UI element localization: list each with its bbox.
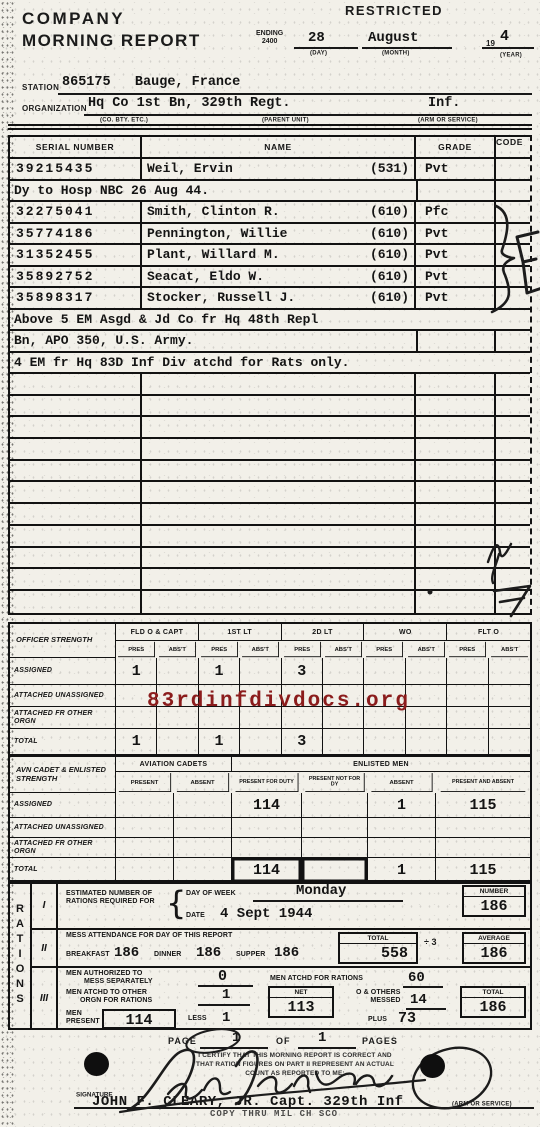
cell-value: 115 — [436, 793, 530, 818]
cell-value: 3 — [282, 729, 323, 754]
group-fld-o-capt: FLD O & CAPT — [116, 624, 199, 641]
report-year: 4 — [500, 28, 509, 45]
punch-hole-right — [420, 1054, 445, 1078]
station-underline — [58, 93, 532, 95]
day-underline — [294, 47, 358, 49]
cell-value — [302, 793, 368, 818]
cell-value — [174, 858, 232, 882]
cell-value — [323, 729, 364, 754]
report-month: August — [368, 30, 418, 46]
cell-value: 3 — [282, 658, 323, 685]
cell-value — [302, 818, 368, 838]
men-present-label: MEN PRESENT — [66, 1010, 100, 1027]
supper-value: 186 — [274, 945, 299, 961]
scan-edge-noise — [0, 0, 14, 1127]
station-value: 865175 Bauge, France — [62, 75, 240, 90]
roster-header-row: SERIAL NUMBER NAME GRADE CODE — [10, 137, 530, 159]
table-row-note: Bn, APO 350, U.S. Army. — [10, 331, 530, 353]
average-value: 186 — [464, 944, 524, 962]
row-label-total: TOTAL — [10, 729, 116, 754]
atchd-other-underline — [198, 1004, 250, 1006]
col-present-not-for-dy: PRESENT NOT FOR DY — [305, 773, 364, 792]
number-label: NUMBER — [464, 887, 524, 897]
rations-total-box: TOTAL 186 — [460, 986, 526, 1018]
group-1st-lt: 1ST LT — [199, 624, 282, 641]
page-number: 1 — [232, 1030, 240, 1046]
cell-value — [447, 658, 488, 685]
group-flt-o: FLT O — [447, 624, 530, 641]
classification-banner: RESTRICTED — [345, 3, 443, 18]
morning-report-document: RESTRICTED COMPANY MORNING REPORT ENDING… — [0, 0, 540, 1127]
row-label-attached-unassigned: ATTACHED UNASSIGNED — [10, 818, 116, 838]
col-name: NAME — [142, 137, 416, 157]
mess-separately-label: MEN AUTHORIZED TO MESS SEPARATELY — [66, 970, 153, 987]
row-label-attached-fr-other: ATTACHED FR OTHER ORGN — [10, 707, 116, 729]
breakfast-value: 186 — [114, 945, 139, 961]
enlisted-strength-table: AVN CADET & ENLISTED STRENGTH AVIATION C… — [8, 755, 532, 884]
cell-value — [116, 838, 174, 858]
certification-line3: COUNT AS REPORTED TO ME: — [157, 1070, 433, 1076]
divider-rule-bottom — [8, 128, 532, 130]
net-label: NET — [270, 988, 332, 998]
cell-value: 1 — [199, 729, 240, 754]
estimated-rations-label: ESTIMATED NUMBER OF RATIONS REQUIRED FOR — [66, 890, 155, 907]
organization-value: Hq Co 1st Bn, 329th Regt. — [88, 96, 291, 111]
cell-value — [174, 838, 232, 858]
table-row-empty — [10, 374, 530, 396]
men-present-box: 114 — [102, 1009, 176, 1029]
officer-strength-corner-label: OFFICER STRENGTH — [10, 624, 116, 658]
cell-value — [447, 729, 488, 754]
signature-stroke — [258, 1077, 292, 1093]
atchd-other-orgn-value: 1 — [222, 987, 230, 1003]
certification-line1: I CERTIFY THAT THIS MORNING REPORT IS CO… — [157, 1052, 433, 1058]
table-row-empty — [10, 548, 530, 570]
table-row-empty — [10, 461, 530, 483]
cell-value: 115 — [436, 858, 530, 882]
org-caption-arm: (ARM OR SERVICE) — [418, 117, 478, 123]
month-underline — [362, 47, 452, 49]
less-label: LESS — [188, 1015, 207, 1023]
organization-label: ORGANIZATION — [22, 104, 87, 113]
plus-label: PLUS — [368, 1016, 387, 1024]
cell-value: 114 — [232, 858, 302, 882]
organization-arm: Inf. — [428, 96, 460, 111]
sub-pres: PRES — [201, 642, 238, 657]
table-row-note: Above 5 EM Asgd & Jd Co fr Hq 48th Repl — [10, 310, 530, 332]
cell-value — [174, 793, 232, 818]
cell-value: 1 — [116, 729, 157, 754]
day-of-week-underline — [253, 900, 403, 902]
enlisted-strength-corner-label: AVN CADET & ENLISTED STRENGTH — [10, 757, 116, 793]
dinner-label: DINNER — [154, 951, 181, 959]
cell-value — [489, 658, 530, 685]
cell-value — [232, 818, 302, 838]
day-of-week-value: Monday — [296, 883, 346, 899]
cell-value — [174, 818, 232, 838]
total-value: 558 — [340, 944, 416, 962]
average-label: AVERAGE — [464, 934, 524, 944]
sub-pres: PRES — [366, 642, 403, 657]
cell-value — [436, 818, 530, 838]
pages-count: 1 — [318, 1030, 326, 1046]
page-underline — [200, 1047, 268, 1049]
row-label-total: TOTAL — [10, 858, 116, 882]
rations-row-numerals: I II III — [32, 882, 58, 1028]
mess-separately-value: 0 — [218, 968, 227, 985]
table-row-empty — [10, 439, 530, 461]
table-row-empty — [10, 591, 530, 613]
date-value: 4 Sept 1944 — [220, 906, 312, 922]
divider-rule-top — [8, 124, 532, 126]
col-present-for-duty: PRESENT FOR DUTY — [236, 773, 299, 792]
website-watermark: 83rdinfdivdocs.org — [147, 690, 410, 713]
form-title-line2: MORNING REPORT — [22, 31, 201, 51]
officer-strength-table: OFFICER STRENGTH FLD O & CAPT 1ST LT 2D … — [8, 622, 532, 756]
numeral-ii: II — [32, 930, 56, 968]
table-row-empty — [10, 482, 530, 504]
station-label: STATION — [22, 83, 59, 92]
cell-value — [436, 838, 530, 858]
cell-value — [302, 838, 368, 858]
cell-value — [157, 658, 198, 685]
cell-value — [406, 685, 447, 707]
rations-number-box: NUMBER 186 — [462, 885, 526, 917]
others-messed-value: 14 — [410, 992, 427, 1008]
punch-hole-left — [84, 1052, 109, 1076]
col-code: CODE — [496, 137, 530, 157]
table-row-empty — [10, 569, 530, 591]
report-day: 28 — [308, 30, 325, 46]
less-value: 1 — [222, 1010, 230, 1026]
cell-value — [240, 729, 281, 754]
atchd-for-rations-label: MEN ATCHD FOR RATIONS — [270, 975, 363, 983]
sub-abst: ABS'T — [491, 642, 528, 657]
group-2d-lt: 2D LT — [282, 624, 365, 641]
year-caption: (YEAR) — [500, 52, 522, 58]
cell-value: 114 — [232, 793, 302, 818]
rations-row1: ESTIMATED NUMBER OF RATIONS REQUIRED FOR… — [58, 882, 530, 930]
breakfast-label: BREAKFAST — [66, 951, 110, 959]
table-row: 35898317 Stocker, Russell J.(610) Pvt — [10, 288, 530, 310]
cell-value — [116, 793, 174, 818]
col-present-and-absent: PRESENT AND ABSENT — [441, 773, 526, 792]
cell-value — [116, 818, 174, 838]
net-value: 113 — [270, 998, 332, 1016]
typed-name: JOHN F. CLEARY, JR. Capt. 329th Inf — [92, 1094, 404, 1110]
day-of-week-label: DAY OF WEEK — [186, 890, 236, 898]
pages-underline — [298, 1047, 356, 1049]
cell-value — [368, 818, 436, 838]
total-label: TOTAL — [340, 934, 416, 944]
cell-value: 1 — [116, 658, 157, 685]
table-row-note: 4 EM fr Hq 83D Inf Div atchd for Rats on… — [10, 353, 530, 375]
supper-label: SUPPER — [236, 951, 265, 959]
cell-value — [406, 707, 447, 729]
table-row: 32275041 Smith, Clinton R.(610) Pfc — [10, 202, 530, 224]
cell-value — [489, 685, 530, 707]
sub-abst: ABS'T — [159, 642, 196, 657]
table-row: 35774186 Pennington, Willie(610) Pvt — [10, 224, 530, 246]
col-grade: GRADE — [416, 137, 496, 157]
cell-value — [240, 658, 281, 685]
sub-pres: PRES — [449, 642, 486, 657]
table-row: 35892752 Seacat, Eldo W.(610) Pvt — [10, 267, 530, 289]
row-label-assigned: ASSIGNED — [10, 658, 116, 685]
col-cadets-present: PRESENT — [119, 773, 171, 792]
mess-average-box: AVERAGE 186 — [462, 932, 526, 964]
rations-row3: MEN AUTHORIZED TO MESS SEPARATELY 0 MEN … — [58, 968, 530, 1028]
signature-stroke — [294, 1076, 310, 1093]
atchd-for-rations-value: 60 — [408, 970, 425, 986]
cell-value — [232, 838, 302, 858]
atchd-other-orgn-label: MEN ATCHD TO OTHER ORGN FOR RATIONS — [66, 989, 152, 1006]
sub-abst: ABS'T — [242, 642, 279, 657]
organization-underline — [84, 114, 532, 116]
numeral-iii: III — [32, 968, 56, 1028]
row-label-attached-fr-other: ATTACHED FR OTHER ORGN — [10, 838, 116, 858]
of-label: OF — [276, 1036, 291, 1046]
personnel-roster-table: SERIAL NUMBER NAME GRADE CODE 39215435 W… — [8, 135, 532, 615]
row-label-attached-unassigned: ATTACHED UNASSIGNED — [10, 685, 116, 707]
month-caption: (MONTH) — [382, 50, 410, 56]
cell-value — [302, 858, 368, 882]
date-label: DATE — [186, 912, 205, 920]
col-em-absent: ABSENT — [371, 773, 432, 792]
form-title-line1: COMPANY — [22, 9, 125, 29]
group-wo: WO — [364, 624, 447, 641]
rations-body: ESTIMATED NUMBER OF RATIONS REQUIRED FOR… — [58, 882, 530, 1028]
others-messed-label: O & OTHERS MESSED — [356, 989, 401, 1006]
pages-label: PAGES — [362, 1036, 398, 1046]
cell-value: 1 — [368, 793, 436, 818]
cell-value — [406, 658, 447, 685]
dinner-value: 186 — [196, 945, 221, 961]
cell-value — [364, 658, 405, 685]
table-row-empty — [10, 504, 530, 526]
number-value: 186 — [464, 897, 524, 915]
table-row-note: Dy to Hosp NBC 26 Aug 44. — [10, 181, 530, 203]
table-row: 39215435 Weil, Ervin(531) Pvt — [10, 159, 530, 181]
stamp-text: COPY THRU MIL CH SCO — [210, 1109, 338, 1119]
cell-value — [406, 729, 447, 754]
table-row-empty — [10, 526, 530, 548]
org-caption-parent: (PARENT UNIT) — [262, 117, 309, 123]
sub-pres: PRES — [284, 642, 321, 657]
page-label: PAGE — [168, 1036, 197, 1046]
table-row-empty — [10, 417, 530, 439]
table-row: 31352455 Plant, Willard M.(610) Pvt — [10, 245, 530, 267]
arm-or-service-caption: (ARM OR SERVICE) — [452, 1101, 512, 1107]
ending-label: ENDING 2400 — [256, 30, 283, 45]
cell-value: 1 — [199, 658, 240, 685]
sub-abst: ABS'T — [325, 642, 362, 657]
cell-value — [447, 707, 488, 729]
cell-value: 1 — [368, 858, 436, 882]
plus-value: 73 — [398, 1010, 416, 1027]
numeral-i: I — [32, 882, 56, 930]
col-cadets-absent: ABSENT — [177, 773, 229, 792]
sub-pres: PRES — [118, 642, 155, 657]
cell-value — [157, 729, 198, 754]
cell-value — [364, 729, 405, 754]
col-serial-number: SERIAL NUMBER — [10, 137, 142, 157]
year-underline — [482, 47, 534, 49]
signature-stroke — [204, 1078, 230, 1094]
cell-value — [489, 707, 530, 729]
cell-value — [368, 838, 436, 858]
mess-attendance-label: MESS ATTENDANCE FOR DAY OF THIS REPORT — [66, 932, 232, 940]
group-aviation-cadets: AVIATION CADETS — [116, 757, 232, 772]
cell-value — [447, 685, 488, 707]
total-label: TOTAL — [462, 988, 524, 998]
rations-section: RATIONS I II III ESTIMATED NUMBER OF RAT… — [8, 880, 532, 1030]
men-present-value: 114 — [125, 1012, 152, 1029]
mess-total-box: TOTAL 558 — [338, 932, 418, 964]
row-label-assigned: ASSIGNED — [10, 793, 116, 818]
day-caption: (DAY) — [310, 50, 327, 56]
signature-stroke — [356, 1075, 392, 1086]
rations-row2: MESS ATTENDANCE FOR DAY OF THIS REPORT B… — [58, 930, 530, 968]
total-value: 186 — [462, 998, 524, 1016]
cell-value — [323, 658, 364, 685]
cell-value — [116, 858, 174, 882]
atchd-rations-underline — [403, 986, 443, 988]
sub-abst: ABS'T — [408, 642, 445, 657]
brace-glyph: { — [166, 884, 186, 922]
certification-line2: THAT RATION FIGURES ON PART II REPRESENT… — [157, 1061, 433, 1067]
table-row-empty — [10, 396, 530, 418]
divided-by: ÷ 3 — [424, 938, 436, 947]
cell-value — [489, 729, 530, 754]
net-box: NET 113 — [268, 986, 334, 1018]
group-enlisted-men: ENLISTED MEN — [232, 757, 530, 772]
org-caption-unit: (CO. BTY. ETC.) — [100, 117, 148, 123]
